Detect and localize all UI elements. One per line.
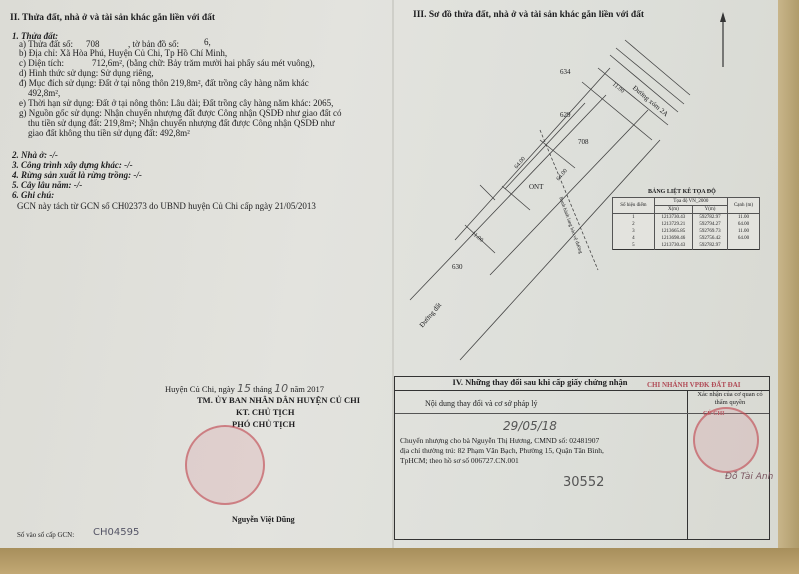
table-row: 11213730.43592782.9711.00 xyxy=(613,214,760,222)
col-confirmation: Xác nhận của cơ quan có thẩm quyền xyxy=(695,391,765,407)
change-date: 29/05/18 xyxy=(503,419,557,433)
col-change-content: Nội dung thay đổi và cơ sở pháp lý xyxy=(425,398,537,409)
col-x: X(m) xyxy=(654,206,692,214)
section-4-title: IV. Những thay đổi sau khi cấp giấy chứn… xyxy=(395,377,685,389)
col-length: Cạnh (m) xyxy=(727,198,759,214)
col-system: Tọa độ VN_2000 xyxy=(654,198,727,206)
parcel-629: 629 xyxy=(560,110,571,121)
branch-stamp-text: CHI NHÁNH VPĐK ĐẤT ĐAI xyxy=(647,380,740,391)
change-entry-3: TpHCM; theo hồ sơ số 006727.CN.001 xyxy=(400,455,519,466)
changes-box: IV. Những thay đổi sau khi cấp giấy chứn… xyxy=(394,376,770,540)
col-point: Số hiệu điểm xyxy=(613,198,655,214)
coordinate-table: Số hiệu điểm Tọa độ VN_2000 Cạnh (m) X(m… xyxy=(612,197,760,250)
branch-signature: Đỗ Tài Anh xyxy=(725,472,773,482)
table-row: 21213729.21592794.2764.00 xyxy=(613,221,760,228)
handwritten-number: 30552 xyxy=(563,475,604,490)
table-row: 31213665.85592769.7311.00 xyxy=(613,228,760,235)
land-type-ont: ONT xyxy=(529,182,543,193)
parcel-630: 630 xyxy=(452,262,463,273)
col-y: Y(m) xyxy=(693,206,728,214)
branch-seal xyxy=(693,407,759,473)
parcel-634: 634 xyxy=(560,67,571,78)
parcel-708: 708 xyxy=(578,137,589,148)
table-row: 41213698.46592756.4264.00 xyxy=(613,235,760,242)
table-row: 51213730.43592782.97 xyxy=(613,242,760,250)
